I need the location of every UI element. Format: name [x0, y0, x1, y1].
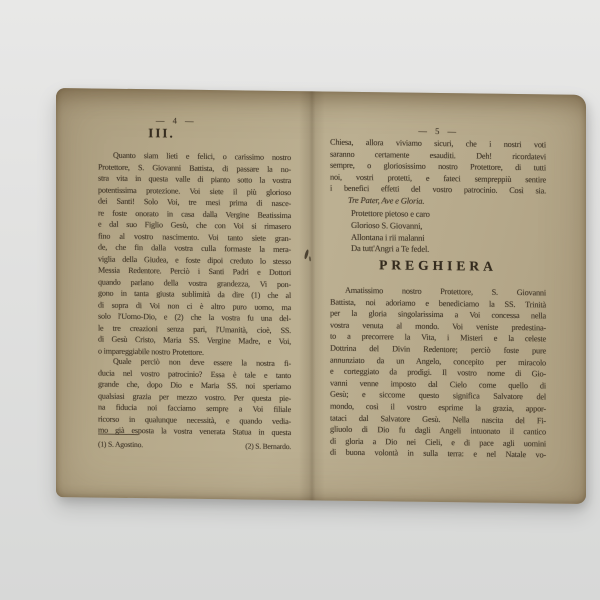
footnotes: (1) S. Agostino. (2) S. Bernardo.	[98, 439, 291, 453]
prayer-heading: PREGHIERA	[330, 259, 546, 273]
left-paragraph-1: Quanto siam lieti e felici, o carissimo …	[98, 150, 291, 360]
footnote-1: (1) S. Agostino.	[98, 439, 143, 451]
book-gutter	[299, 91, 325, 500]
photo-background: — 4 — III. Quanto siam lieti e felici, o…	[0, 0, 600, 600]
rubric-line: Tre Pater, Ave e Gloria.	[348, 195, 424, 208]
text-line: Glorioso S. Giovanni,	[351, 220, 430, 233]
invocation-verse: Protettore pietoso e caroGlorioso S. Gio…	[351, 208, 430, 256]
left-page: — 4 — III. Quanto siam lieti e felici, o…	[98, 89, 291, 501]
right-page: — 5 — Chiesa, allora viviamo sicuri, che…	[330, 92, 546, 504]
prayer-paragraph: Amatissimo nostro Protettore, S. Giovann…	[330, 285, 546, 462]
footnote-2: (2) S. Bernardo.	[245, 440, 291, 452]
text-line: Protettore pietoso e caro	[351, 208, 430, 221]
text-line: mo già esposta la vostra venerata Statua…	[98, 425, 291, 439]
text-line: Allontana i rii malanni	[351, 231, 430, 244]
text-line: Da tutt'Angri a Te fedel.	[351, 243, 430, 256]
right-paragraph-1: Chiesa, allora viviamo sicuri, che i nos…	[330, 137, 546, 198]
section-heading: III.	[65, 126, 258, 140]
text-line: di buona volontà in sulla terra: e nel N…	[330, 447, 546, 461]
left-paragraph-2: Quale perciò non deve essere la nostra f…	[98, 356, 291, 439]
open-booklet: — 4 — III. Quanto siam lieti e felici, o…	[56, 88, 586, 504]
